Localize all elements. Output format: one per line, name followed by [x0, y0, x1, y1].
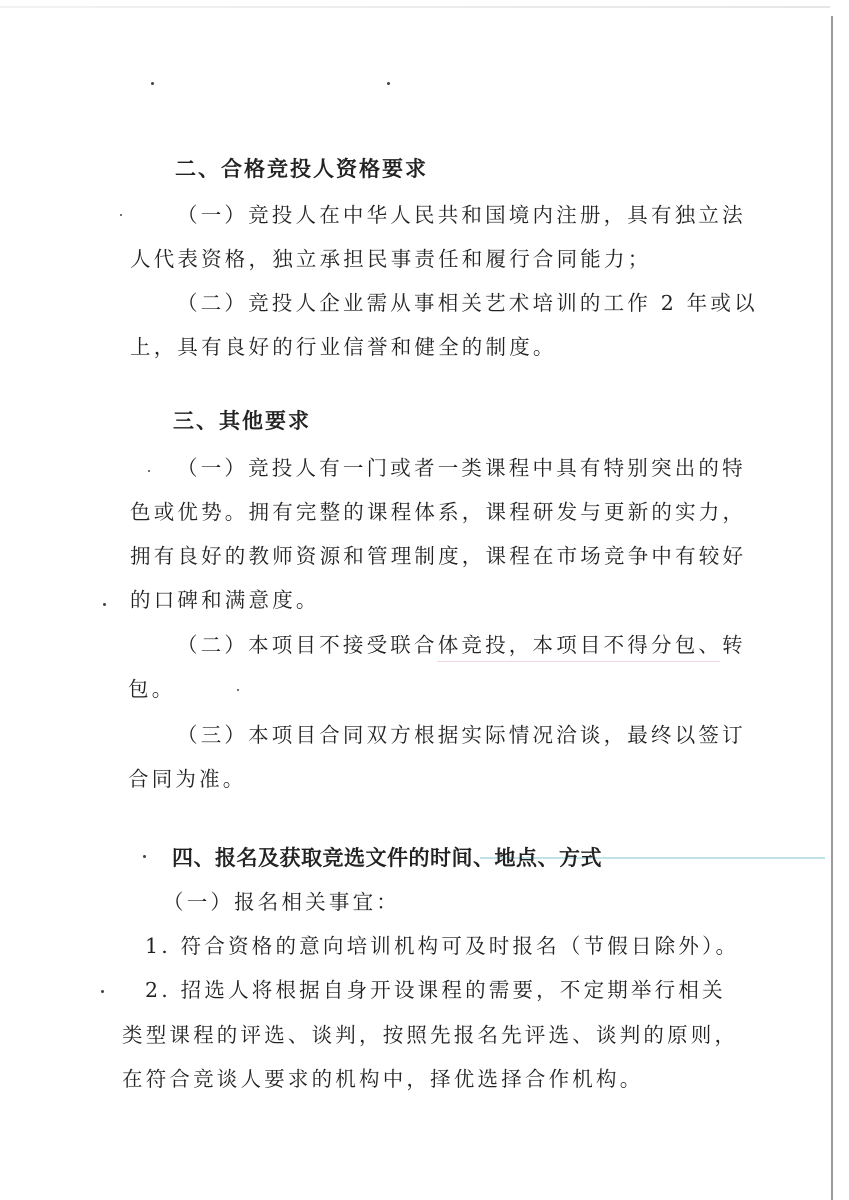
page-right-edge	[831, 16, 833, 1200]
scan-speck	[101, 990, 104, 993]
page-top-edge	[0, 6, 830, 8]
scan-speck	[143, 855, 146, 858]
section-heading-registration: 四、报名及获取竞选文件的时间、地点、方式	[172, 844, 602, 872]
section-heading-other-requirements: 三、其他要求	[173, 407, 311, 435]
scan-speck	[387, 82, 390, 85]
paragraph-line: （二）竞投人企业需从事相关艺术培训的工作 2 年或以	[177, 289, 758, 317]
pink-underline-mark	[437, 661, 720, 662]
paragraph-line: 2. 招选人将根据自身开设课程的需要，不定期举行相关	[145, 976, 726, 1004]
paragraph-line: （一）报名相关事宜：	[163, 888, 400, 916]
section-heading-qualifications: 二、合格竞投人资格要求	[175, 155, 428, 183]
paragraph-line: 的口碑和满意度。	[130, 586, 320, 614]
paragraph-line: 拥有良好的教师资源和管理制度，课程在市场竞争中有较好	[130, 542, 746, 570]
paragraph-line: 1. 符合资格的意向培训机构可及时报名（节假日除外）。	[145, 932, 739, 960]
paragraph-line: 在符合竞谈人要求的机构中，择优选择合作机构。	[122, 1065, 643, 1093]
scan-speck	[237, 689, 239, 691]
paragraph-line: 上，具有良好的行业信誉和健全的制度。	[130, 333, 557, 361]
scan-speck	[151, 82, 154, 85]
paragraph-line: 合同为准。	[128, 765, 247, 793]
scan-speck	[148, 470, 150, 472]
paragraph-line: （二）本项目不接受联合体竞投，本项目不得分包、转	[177, 631, 746, 659]
scan-speck	[103, 603, 106, 606]
paragraph-line: 色或优势。拥有完整的课程体系，课程研发与更新的实力，	[130, 498, 746, 526]
paragraph-line: 类型课程的评选、谈判，按照先报名先评选、谈判的原则，	[122, 1021, 738, 1049]
paragraph-line: 人代表资格，独立承担民事责任和履行合同能力；	[130, 245, 651, 273]
paragraph-line: （一）竞投人在中华人民共和国境内注册，具有独立法	[177, 201, 746, 229]
paragraph-line: （三）本项目合同双方根据实际情况洽谈，最终以签订	[177, 721, 746, 749]
scan-speck	[120, 214, 122, 216]
paragraph-line: （一）竞投人有一门或者一类课程中具有特别突出的特	[177, 454, 746, 482]
paragraph-line: 包。	[128, 675, 175, 703]
